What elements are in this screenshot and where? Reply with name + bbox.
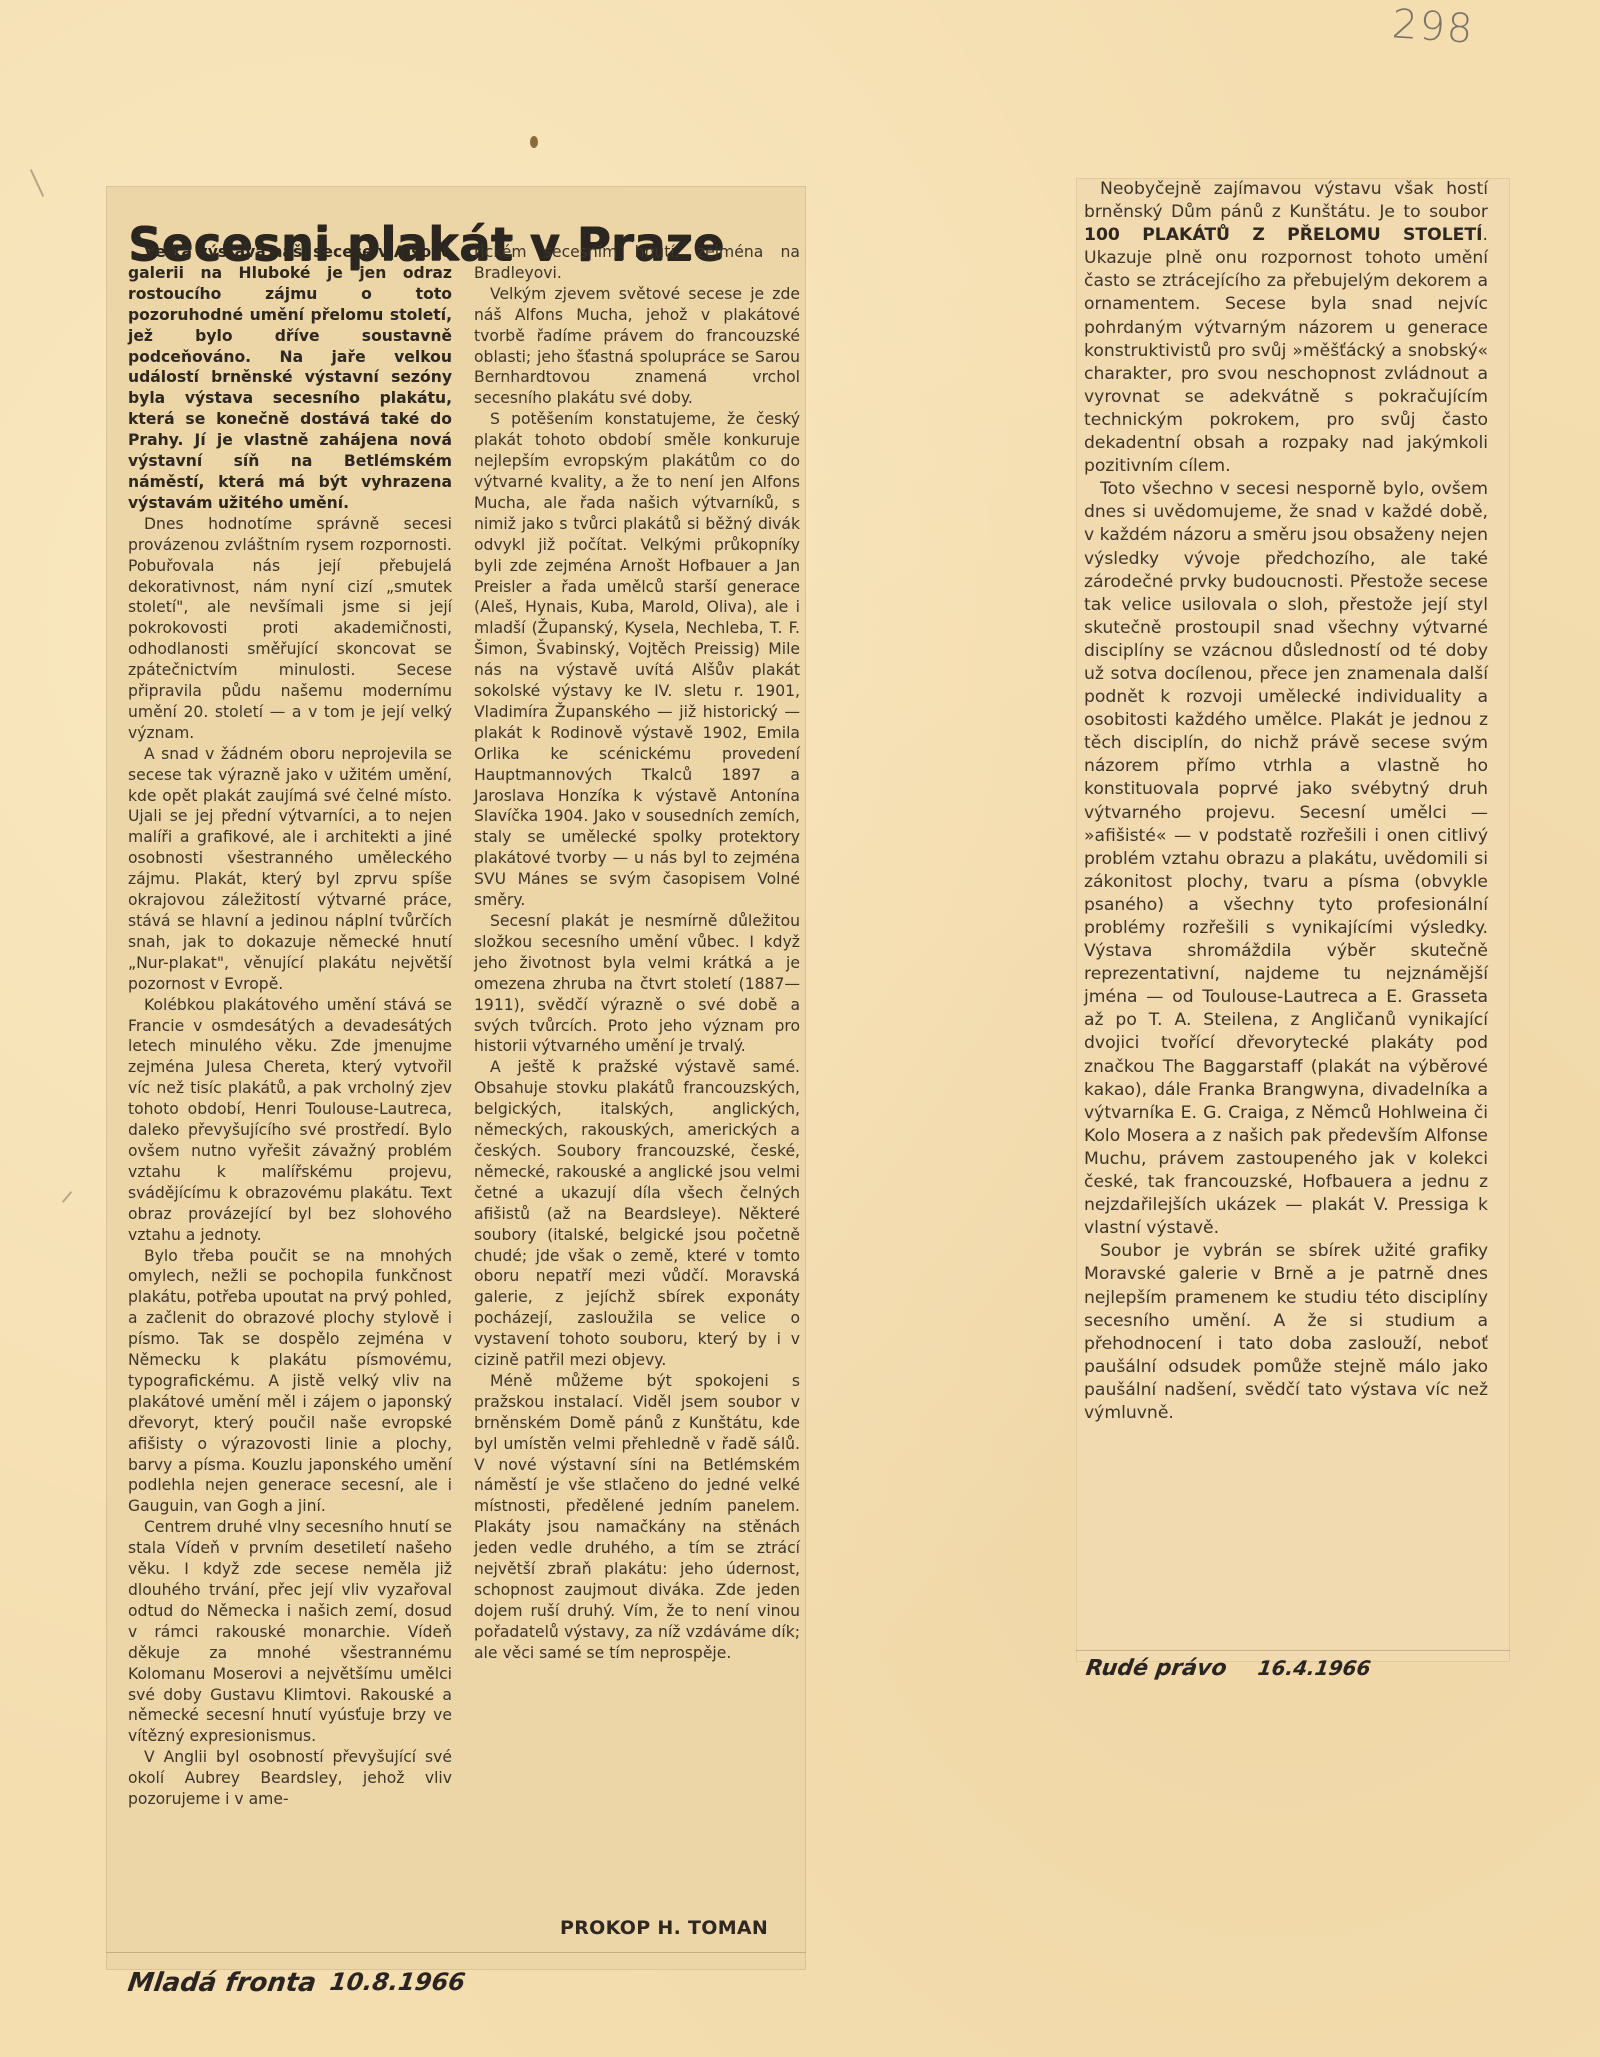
article-right-column: Neobyčejně zajímavou výstavu však hostí … — [1084, 178, 1488, 1425]
pencil-page-number: 298 — [1390, 1, 1475, 53]
paper-scratch — [30, 169, 44, 197]
paragraph-text: Neobyčejně zajímavou výstavu však hostí … — [1084, 179, 1488, 222]
handwritten-date-right: 16.4.1966 — [1256, 1656, 1372, 1680]
handwritten-source-right: Rudé právo — [1084, 1656, 1228, 1681]
ink-dot — [530, 136, 538, 148]
paragraph: rickém secesním hnutí, zejména na Bradle… — [474, 242, 800, 284]
paragraph: Toto všechno v secesi nesporně bylo, ovš… — [1084, 478, 1488, 1240]
paragraph: Soubor je vybrán se sbírek užité grafiky… — [1084, 1240, 1488, 1425]
paragraph-text: . Ukazuje plně onu rozpornost tohoto umě… — [1084, 225, 1488, 476]
handwritten-source-left: Mladá fronta — [126, 1968, 318, 1998]
paragraph: Velká výstava naší secese v Alšově galer… — [128, 242, 452, 514]
paragraph: Méně můžeme být spokojeni s pražskou ins… — [474, 1371, 800, 1664]
paragraph: V Anglii byl osobností převyšující své o… — [128, 1747, 452, 1810]
paper-scratch — [62, 1191, 73, 1203]
paragraph: A ještě k pražské výstavě samé. Obsahuje… — [474, 1057, 800, 1371]
paragraph: A snad v žádném oboru neprojevila se sec… — [128, 744, 452, 995]
paragraph: Neobyčejně zajímavou výstavu však hostí … — [1084, 178, 1488, 478]
article-left-column-2: rickém secesním hnutí, zejména na Bradle… — [474, 242, 800, 1664]
divider — [1076, 1650, 1510, 1651]
paragraph: Secesní plakát je nesmírně důležitou slo… — [474, 911, 800, 1057]
paragraph: S potěšením konstatujeme, že český plaká… — [474, 409, 800, 911]
paragraph: Dnes hodnotíme správně secesi provázenou… — [128, 514, 452, 744]
paragraph: Velkým zjevem světové secese je zde náš … — [474, 284, 800, 409]
paragraph: Kolébkou plakátového umění stává se Fran… — [128, 995, 452, 1246]
article-left-column-1: Velká výstava naší secese v Alšově galer… — [128, 242, 452, 1810]
paragraph: Centrem druhé vlny secesního hnutí se st… — [128, 1517, 452, 1747]
paragraph: Bylo třeba poučit se na mnohých omylech,… — [128, 1246, 452, 1518]
divider — [106, 1952, 806, 1953]
highlight-title: 100 PLAKÁTŮ Z PŘELOMU STOLETÍ — [1084, 225, 1483, 245]
handwritten-date-left: 10.8.1966 — [328, 1968, 467, 1996]
byline: PROKOP H. TOMAN — [560, 1917, 768, 1939]
